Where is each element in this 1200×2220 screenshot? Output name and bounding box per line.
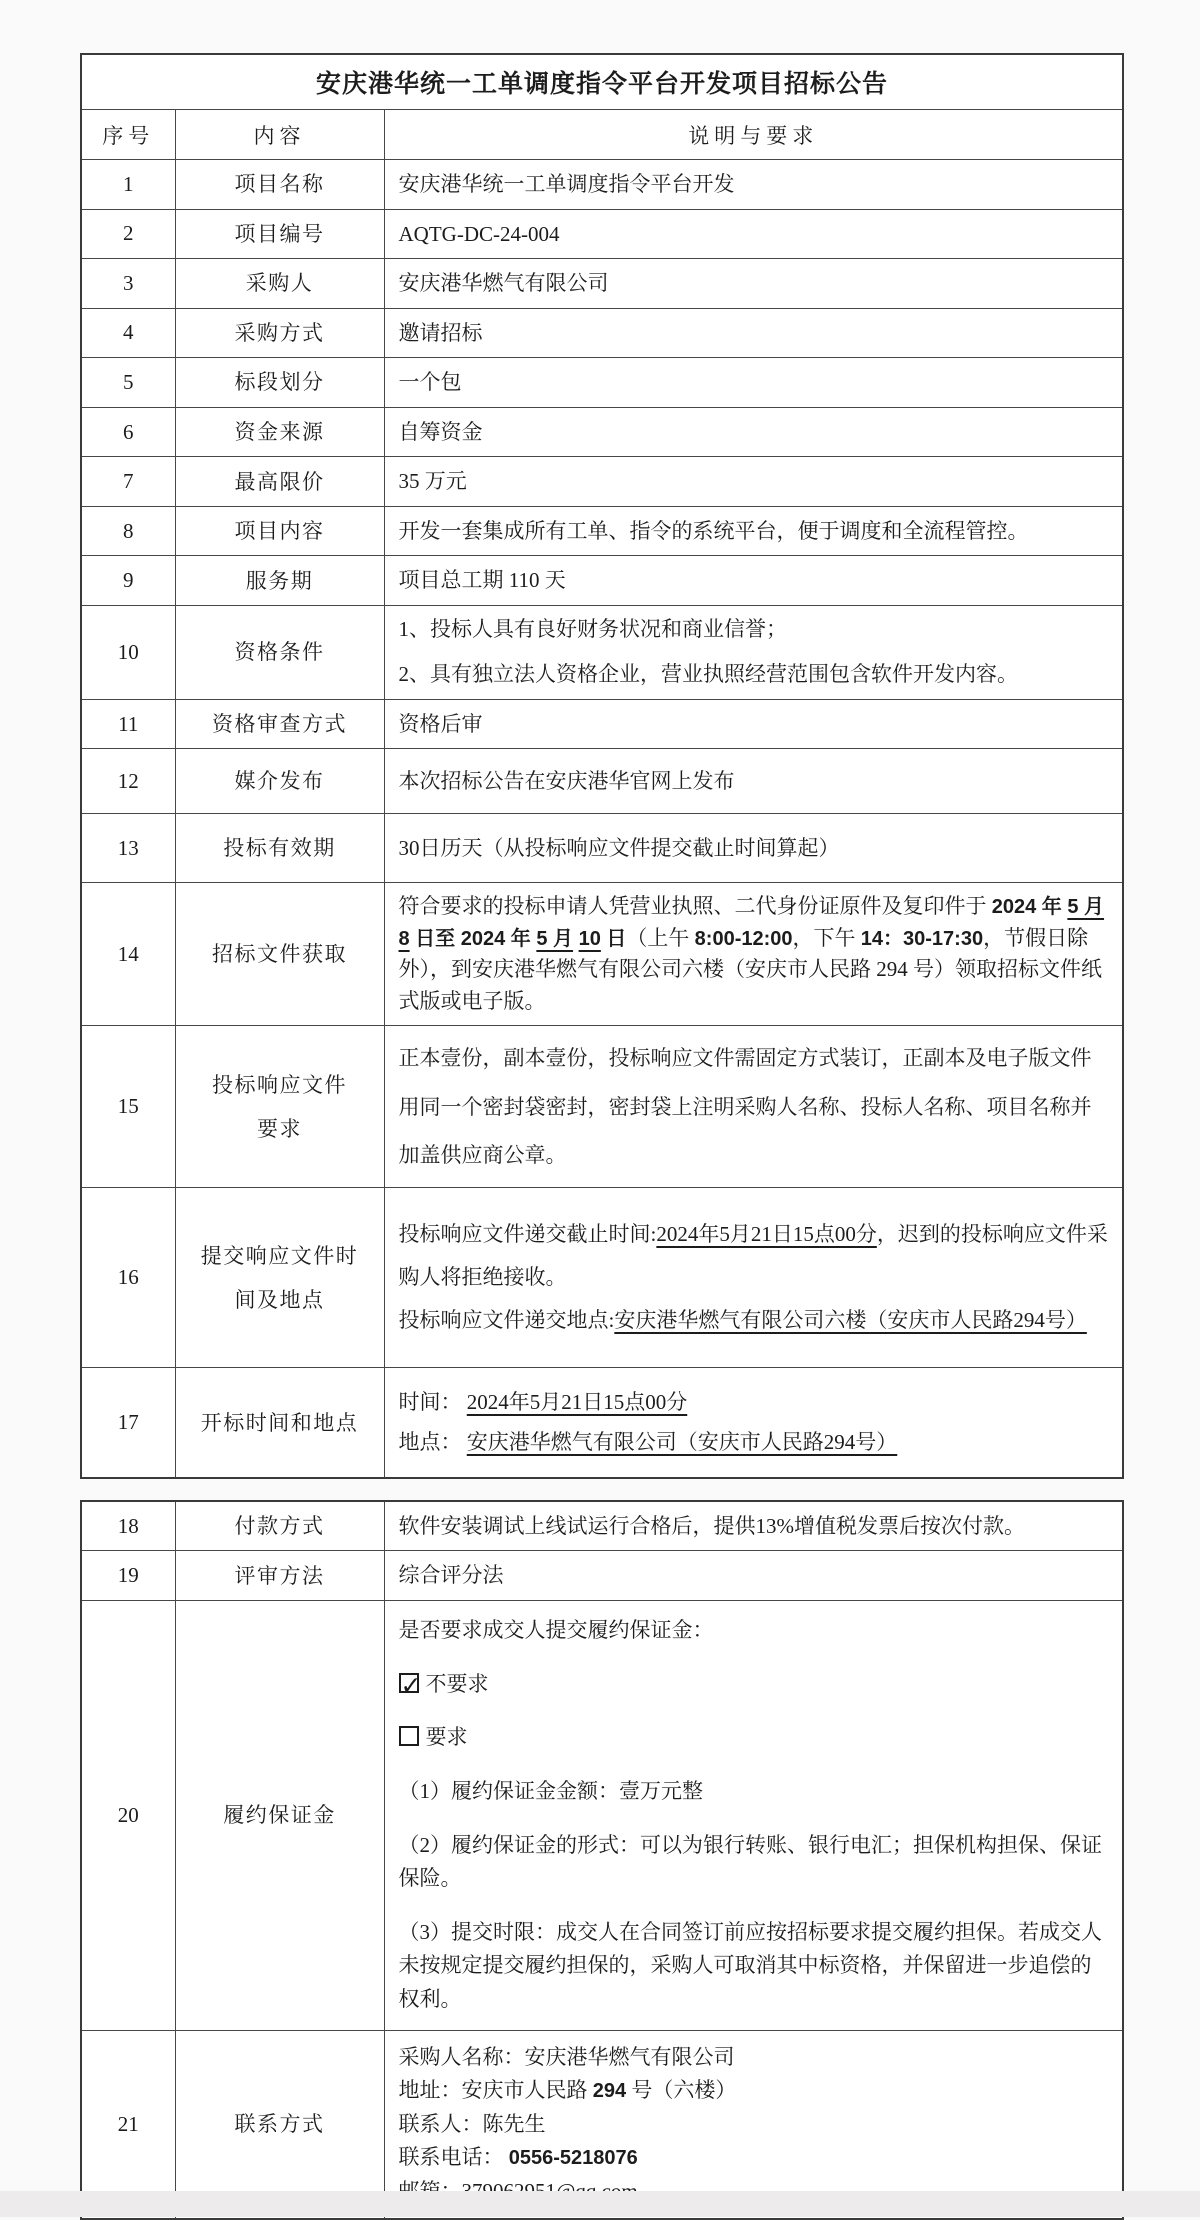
text-segment: 地址：安庆市人民路 bbox=[399, 2078, 593, 2102]
text-segment: 安庆港华燃气有限公司 bbox=[399, 271, 609, 295]
text-segment: 符合要求的投标申请人凭营业执照、二代身份证原件及复印件于 bbox=[399, 894, 992, 918]
text-segment: （3）提交时限：成交人在合同签订前应按招标要求提交履约担保。若成交人未按规定提交… bbox=[399, 1920, 1103, 2011]
row-label-cell: 采购方式 bbox=[175, 308, 384, 358]
text-segment: 10 bbox=[579, 928, 601, 950]
text-segment: 自筹资金 bbox=[399, 420, 483, 444]
row-number-cell: 9 bbox=[81, 556, 175, 606]
text-segment: 日 bbox=[601, 928, 627, 950]
text-segment: 综合评分法 bbox=[399, 1563, 504, 1587]
content-paragraph: 资格后审 bbox=[399, 708, 1111, 741]
text-segment: 联系人：陈先生 bbox=[399, 2112, 546, 2136]
row-content-cell: 1、投标人具有良好财务状况和商业信誉；2、具有独立法人资格企业，营业执照经营范围… bbox=[384, 605, 1123, 699]
text-segment: 正本壹份，副本壹份，投标响应文件需固定方式装订，正副本及电子版文件用同一个密封袋… bbox=[399, 1046, 1092, 1167]
content-paragraph: 联系电话： 0556-5218076 bbox=[399, 2143, 1111, 2172]
table-row: 1项目名称安庆港华统一工单调度指令平台开发 bbox=[81, 160, 1123, 210]
content-paragraph: 采购人名称：安庆港华燃气有限公司 bbox=[399, 2043, 1111, 2072]
text-segment: 2024年5月21日15点00分 bbox=[467, 1390, 688, 1414]
table-row: 9服务期项目总工期 110 天 bbox=[81, 556, 1123, 606]
table-row: 10资格条件1、投标人具有良好财务状况和商业信誉；2、具有独立法人资格企业，营业… bbox=[81, 605, 1123, 699]
row-content-cell: AQTG-DC-24-004 bbox=[384, 209, 1123, 259]
table-row: 18付款方式软件安装调试上线试运行合格后，提供13%增值税发票后按次付款。 bbox=[81, 1501, 1123, 1551]
checkbox-empty-icon bbox=[399, 1726, 419, 1746]
row-content-cell: 安庆港华统一工单调度指令平台开发 bbox=[384, 160, 1123, 210]
row-number-cell: 4 bbox=[81, 308, 175, 358]
content-paragraph: 35 万元 bbox=[399, 465, 1111, 498]
table-row: 13投标有效期30日历天（从投标响应文件提交截止时间算起） bbox=[81, 814, 1123, 883]
text-segment: 8:00-12:00 bbox=[695, 928, 793, 950]
content-paragraph: 地点： 安庆港华燃气有限公司（安庆市人民路294号） bbox=[399, 1426, 1111, 1460]
text-segment: 号（六楼） bbox=[626, 2078, 736, 2102]
row-content-cell: 软件安装调试上线试运行合格后，提供13%增值税发票后按次付款。 bbox=[384, 1501, 1123, 1551]
content-paragraph: 2、具有独立法人资格企业，营业执照经营范围包含软件开发内容。 bbox=[399, 659, 1111, 691]
checkbox-checked-icon bbox=[399, 1673, 419, 1693]
row-label-cell: 资格审查方式 bbox=[175, 699, 384, 749]
text-segment: 2、具有独立法人资格企业，营业执照经营范围包含软件开发内容。 bbox=[399, 662, 1019, 686]
content-paragraph: 是否要求成交人提交履约保证金： bbox=[399, 1614, 1111, 1648]
text-segment: 5 月 bbox=[1067, 896, 1104, 918]
text-segment: 日至 bbox=[410, 928, 461, 950]
text-segment: 地点： bbox=[399, 1430, 467, 1454]
content-paragraph: 软件安装调试上线试运行合格后，提供13%增值税发票后按次付款。 bbox=[399, 1510, 1111, 1543]
content-paragraph: 1、投标人具有良好财务状况和商业信誉； bbox=[399, 614, 1111, 646]
content-paragraph: 项目总工期 110 天 bbox=[399, 564, 1111, 597]
row-number-cell: 19 bbox=[81, 1551, 175, 1601]
content-paragraph: （2）履约保证金的形式：可以为银行转账、银行电汇；担保机构担保、保证保险。 bbox=[399, 1829, 1111, 1896]
row-label-cell: 资格条件 bbox=[175, 605, 384, 699]
text-segment: 8 bbox=[399, 928, 410, 950]
content-paragraph: 自筹资金 bbox=[399, 416, 1111, 449]
content-paragraph: 符合要求的投标申请人凭营业执照、二代身份证原件及复印件于 2024 年 5 月 … bbox=[399, 891, 1111, 1017]
row-content-cell: 综合评分法 bbox=[384, 1551, 1123, 1601]
row-content-cell: 投标响应文件递交截止时间:2024年5月21日15点00分，迟到的投标响应文件采… bbox=[384, 1188, 1123, 1368]
row-content-cell: 安庆港华燃气有限公司 bbox=[384, 259, 1123, 309]
title-row: 安庆港华统一工单调度指令平台开发项目招标公告 bbox=[81, 54, 1123, 110]
row-label-cell: 提交响应文件时间及地点 bbox=[175, 1188, 384, 1368]
text-segment: 安庆港华统一工单调度指令平台开发 bbox=[399, 172, 735, 196]
content-paragraph: 要求 bbox=[399, 1721, 1111, 1755]
row-label-cell: 投标有效期 bbox=[175, 814, 384, 883]
row-label-cell: 媒介发布 bbox=[175, 749, 384, 814]
content-paragraph: 开发一套集成所有工单、指令的系统平台，便于调度和全流程管控。 bbox=[399, 515, 1111, 548]
row-number-cell: 17 bbox=[81, 1368, 175, 1478]
text-segment: 开发一套集成所有工单、指令的系统平台，便于调度和全流程管控。 bbox=[399, 519, 1029, 543]
row-content-cell: 正本壹份，副本壹份，投标响应文件需固定方式装订，正副本及电子版文件用同一个密封袋… bbox=[384, 1026, 1123, 1188]
text-segment: 0556-5218076 bbox=[509, 2147, 638, 2169]
row-content-cell: 资格后审 bbox=[384, 699, 1123, 749]
row-number-cell: 13 bbox=[81, 814, 175, 883]
row-content-cell: 符合要求的投标申请人凭营业执照、二代身份证原件及复印件于 2024 年 5 月 … bbox=[384, 883, 1123, 1026]
row-number-cell: 16 bbox=[81, 1188, 175, 1368]
content-paragraph: 投标响应文件递交截止时间:2024年5月21日15点00分，迟到的投标响应文件采… bbox=[399, 1213, 1111, 1299]
row-content-cell: 时间： 2024年5月21日15点00分地点： 安庆港华燃气有限公司（安庆市人民… bbox=[384, 1368, 1123, 1478]
row-number-cell: 7 bbox=[81, 457, 175, 507]
row-content-cell: 35 万元 bbox=[384, 457, 1123, 507]
table-row: 11资格审查方式资格后审 bbox=[81, 699, 1123, 749]
row-content-cell: 邀请招标 bbox=[384, 308, 1123, 358]
column-header-description: 说明与要求 bbox=[384, 110, 1123, 160]
text-segment: 资格后审 bbox=[399, 712, 483, 736]
text-segment: 一个包 bbox=[399, 370, 462, 394]
row-content-cell: 开发一套集成所有工单、指令的系统平台，便于调度和全流程管控。 bbox=[384, 506, 1123, 556]
text-segment: 项目总工期 110 天 bbox=[399, 568, 566, 592]
row-number-cell: 6 bbox=[81, 407, 175, 457]
row-number-cell: 11 bbox=[81, 699, 175, 749]
table-row: 5标段划分一个包 bbox=[81, 358, 1123, 408]
content-paragraph: 邀请招标 bbox=[399, 317, 1111, 350]
text-segment: 联系电话： bbox=[399, 2145, 509, 2169]
table-row: 2项目编号AQTG-DC-24-004 bbox=[81, 209, 1123, 259]
content-paragraph: 安庆港华统一工单调度指令平台开发 bbox=[399, 168, 1111, 201]
row-label-cell: 项目名称 bbox=[175, 160, 384, 210]
content-paragraph: （1）履约保证金金额：壹万元整 bbox=[399, 1775, 1111, 1809]
row-label-cell: 评审方法 bbox=[175, 1551, 384, 1601]
row-label-cell: 最高限价 bbox=[175, 457, 384, 507]
text-segment: 是否要求成交人提交履约保证金： bbox=[399, 1618, 714, 1642]
row-content-cell: 30日历天（从投标响应文件提交截止时间算起） bbox=[384, 814, 1123, 883]
table-row: 14招标文件获取符合要求的投标申请人凭营业执照、二代身份证原件及复印件于 202… bbox=[81, 883, 1123, 1026]
text-segment: （1）履约保证金金额：壹万元整 bbox=[399, 1779, 704, 1803]
row-label-cell: 采购人 bbox=[175, 259, 384, 309]
content-paragraph: 正本壹份，副本壹份，投标响应文件需固定方式装订，正副本及电子版文件用同一个密封袋… bbox=[399, 1034, 1111, 1179]
row-label-cell: 投标响应文件要求 bbox=[175, 1026, 384, 1188]
row-label-cell: 招标文件获取 bbox=[175, 883, 384, 1026]
text-segment: 2024 年 bbox=[461, 928, 537, 950]
text-segment: 安庆港华燃气有限公司六楼（安庆市人民路294号） bbox=[614, 1308, 1087, 1332]
text-segment: 安庆港华燃气有限公司（安庆市人民路294号） bbox=[467, 1430, 898, 1454]
column-header-no: 序号 bbox=[81, 110, 175, 160]
content-paragraph: 一个包 bbox=[399, 366, 1111, 399]
row-content-cell: 本次招标公告在安庆港华官网上发布 bbox=[384, 749, 1123, 814]
row-label-cell: 履约保证金 bbox=[175, 1600, 384, 2030]
text-segment: （上午 bbox=[626, 926, 694, 950]
row-number-cell: 20 bbox=[81, 1600, 175, 2030]
text-segment: 294 bbox=[593, 2080, 626, 2102]
text-segment: 5 月 bbox=[536, 928, 573, 950]
row-content-cell: 是否要求成交人提交履约保证金：不要求要求（1）履约保证金金额：壹万元整（2）履约… bbox=[384, 1600, 1123, 2030]
text-segment: （2）履约保证金的形式：可以为银行转账、银行电汇；担保机构担保、保证保险。 bbox=[399, 1833, 1103, 1891]
document-page: 安庆港华统一工单调度指令平台开发项目招标公告 序号 内容 说明与要求 1项目名称… bbox=[80, 53, 1122, 2220]
page-bottom-strip bbox=[0, 2191, 1200, 2217]
text-segment: 采购人名称：安庆港华燃气有限公司 bbox=[399, 2045, 735, 2069]
content-paragraph: 安庆港华燃气有限公司 bbox=[399, 267, 1111, 300]
row-number-cell: 10 bbox=[81, 605, 175, 699]
table-gap bbox=[80, 1479, 1122, 1500]
table-row: 16提交响应文件时间及地点投标响应文件递交截止时间:2024年5月21日15点0… bbox=[81, 1188, 1123, 1368]
row-label-cell: 开标时间和地点 bbox=[175, 1368, 384, 1478]
text-segment: 2024 年 bbox=[992, 896, 1068, 918]
content-paragraph: 综合评分法 bbox=[399, 1559, 1111, 1592]
column-header-content: 内容 bbox=[175, 110, 384, 160]
table-row: 3采购人安庆港华燃气有限公司 bbox=[81, 259, 1123, 309]
document-title: 安庆港华统一工单调度指令平台开发项目招标公告 bbox=[81, 54, 1123, 110]
header-row: 序号 内容 说明与要求 bbox=[81, 110, 1123, 160]
row-number-cell: 18 bbox=[81, 1501, 175, 1551]
text-segment: 35 万元 bbox=[399, 469, 467, 493]
row-number-cell: 5 bbox=[81, 358, 175, 408]
row-content-cell: 一个包 bbox=[384, 358, 1123, 408]
text-segment: 1、投标人具有良好财务状况和商业信誉； bbox=[399, 617, 788, 641]
text-segment: 30日历天（从投标响应文件提交截止时间算起） bbox=[399, 836, 840, 860]
table-row: 6资金来源自筹资金 bbox=[81, 407, 1123, 457]
row-label-cell: 标段划分 bbox=[175, 358, 384, 408]
row-content-cell: 自筹资金 bbox=[384, 407, 1123, 457]
row-number-cell: 2 bbox=[81, 209, 175, 259]
table-row: 4采购方式邀请招标 bbox=[81, 308, 1123, 358]
tender-table-main: 安庆港华统一工单调度指令平台开发项目招标公告 序号 内容 说明与要求 1项目名称… bbox=[80, 53, 1124, 1479]
text-segment: 软件安装调试上线试运行合格后，提供13%增值税发票后按次付款。 bbox=[399, 1514, 1026, 1538]
content-paragraph: 时间： 2024年5月21日15点00分 bbox=[399, 1386, 1111, 1420]
text-segment: ，下午 bbox=[793, 926, 861, 950]
row-number-cell: 1 bbox=[81, 160, 175, 210]
text-segment: 14：30-17:30 bbox=[861, 928, 983, 950]
content-paragraph: 投标响应文件递交地点:安庆港华燃气有限公司六楼（安庆市人民路294号） bbox=[399, 1299, 1111, 1342]
tender-table-continued: 18付款方式软件安装调试上线试运行合格后，提供13%增值税发票后按次付款。19评… bbox=[80, 1500, 1124, 2220]
table-row: 7最高限价35 万元 bbox=[81, 457, 1123, 507]
content-paragraph: （3）提交时限：成交人在合同签订前应按招标要求提交履约担保。若成交人未按规定提交… bbox=[399, 1916, 1111, 2017]
row-number-cell: 3 bbox=[81, 259, 175, 309]
text-segment: 投标响应文件递交地点: bbox=[399, 1308, 615, 1332]
row-number-cell: 12 bbox=[81, 749, 175, 814]
text-segment: 要求 bbox=[426, 1725, 468, 1749]
table-row: 20履约保证金是否要求成交人提交履约保证金：不要求要求（1）履约保证金金额：壹万… bbox=[81, 1600, 1123, 2030]
content-paragraph: 本次招标公告在安庆港华官网上发布 bbox=[399, 765, 1111, 798]
row-number-cell: 8 bbox=[81, 506, 175, 556]
row-number-cell: 15 bbox=[81, 1026, 175, 1188]
text-segment: 邀请招标 bbox=[399, 321, 483, 345]
text-segment: 本次招标公告在安庆港华官网上发布 bbox=[399, 769, 735, 793]
row-label-cell: 付款方式 bbox=[175, 1501, 384, 1551]
table-row: 17开标时间和地点时间： 2024年5月21日15点00分地点： 安庆港华燃气有… bbox=[81, 1368, 1123, 1478]
text-segment: 时间： bbox=[399, 1390, 467, 1414]
text-segment: AQTG-DC-24-004 bbox=[399, 222, 560, 246]
text-segment: 不要求 bbox=[426, 1672, 489, 1696]
table-row: 8项目内容开发一套集成所有工单、指令的系统平台，便于调度和全流程管控。 bbox=[81, 506, 1123, 556]
row-label-cell: 服务期 bbox=[175, 556, 384, 606]
table-row: 12媒介发布本次招标公告在安庆港华官网上发布 bbox=[81, 749, 1123, 814]
content-paragraph: 不要求 bbox=[399, 1668, 1111, 1702]
row-label-cell: 项目内容 bbox=[175, 506, 384, 556]
content-paragraph: 地址：安庆市人民路 294 号（六楼） bbox=[399, 2076, 1111, 2105]
row-number-cell: 14 bbox=[81, 883, 175, 1026]
content-paragraph: 30日历天（从投标响应文件提交截止时间算起） bbox=[399, 832, 1111, 865]
row-content-cell: 项目总工期 110 天 bbox=[384, 556, 1123, 606]
content-paragraph: 联系人：陈先生 bbox=[399, 2110, 1111, 2139]
row-label-cell: 项目编号 bbox=[175, 209, 384, 259]
row-label-cell: 资金来源 bbox=[175, 407, 384, 457]
table-row: 19评审方法综合评分法 bbox=[81, 1551, 1123, 1601]
content-paragraph: AQTG-DC-24-004 bbox=[399, 218, 1111, 251]
text-segment: 投标响应文件递交截止时间: bbox=[399, 1222, 657, 1246]
table-row: 15投标响应文件要求正本壹份，副本壹份，投标响应文件需固定方式装订，正副本及电子… bbox=[81, 1026, 1123, 1188]
text-segment: 2024年5月21日15点00分 bbox=[656, 1222, 877, 1246]
